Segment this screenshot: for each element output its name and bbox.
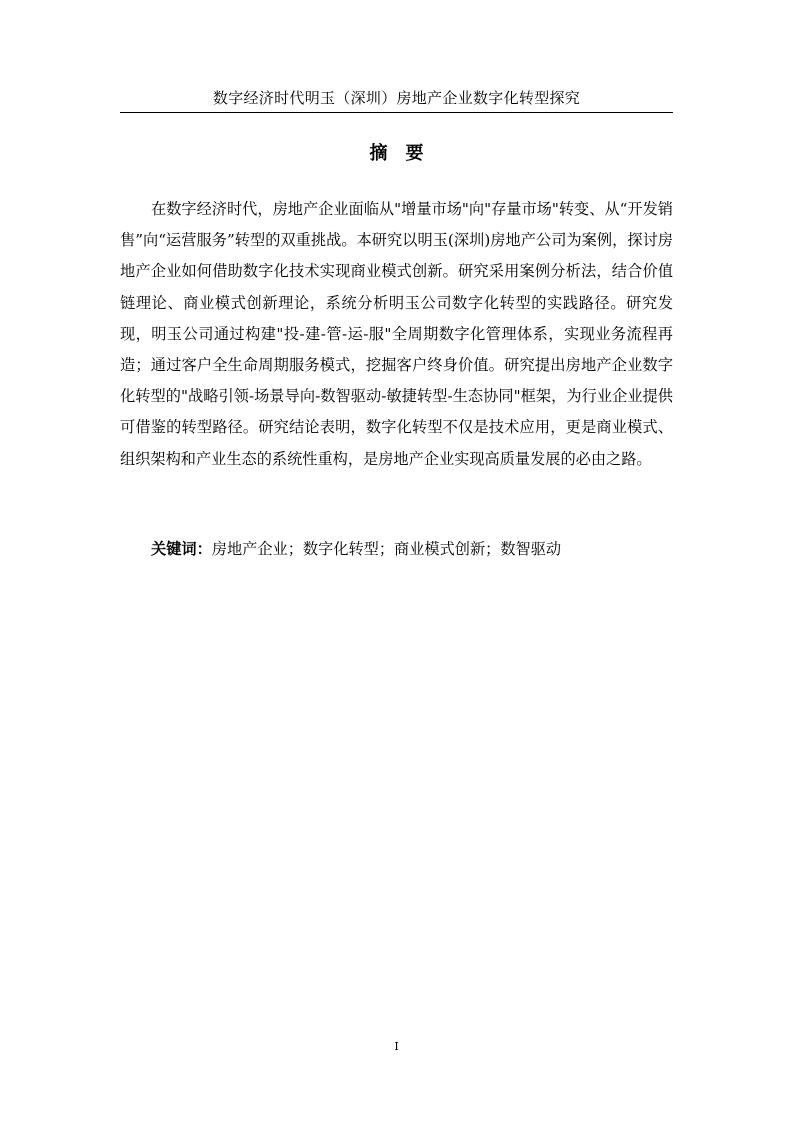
running-header-title: 数字经济时代明玉（深圳）房地产企业数字化转型探究 (120, 88, 673, 108)
abstract-heading-char-2: 要 (406, 143, 424, 164)
abstract-heading-char-1: 摘 (370, 143, 388, 164)
page-number: I (380, 1040, 413, 1054)
keywords-list: 房地产企业；数字化转型；商业模式创新；数智驱动 (212, 540, 561, 558)
abstract-body-paragraph: 在数字经济时代，房地产企业面临从"增量市场"向"存量市场"转变、从“开发销售”向… (120, 194, 673, 475)
keywords-line: 关键词：房地产企业；数字化转型；商业模式创新；数智驱动 (151, 537, 673, 561)
keywords-label: 关键词： (151, 540, 212, 558)
header-divider (120, 112, 673, 113)
abstract-heading: 摘要 (120, 142, 673, 166)
